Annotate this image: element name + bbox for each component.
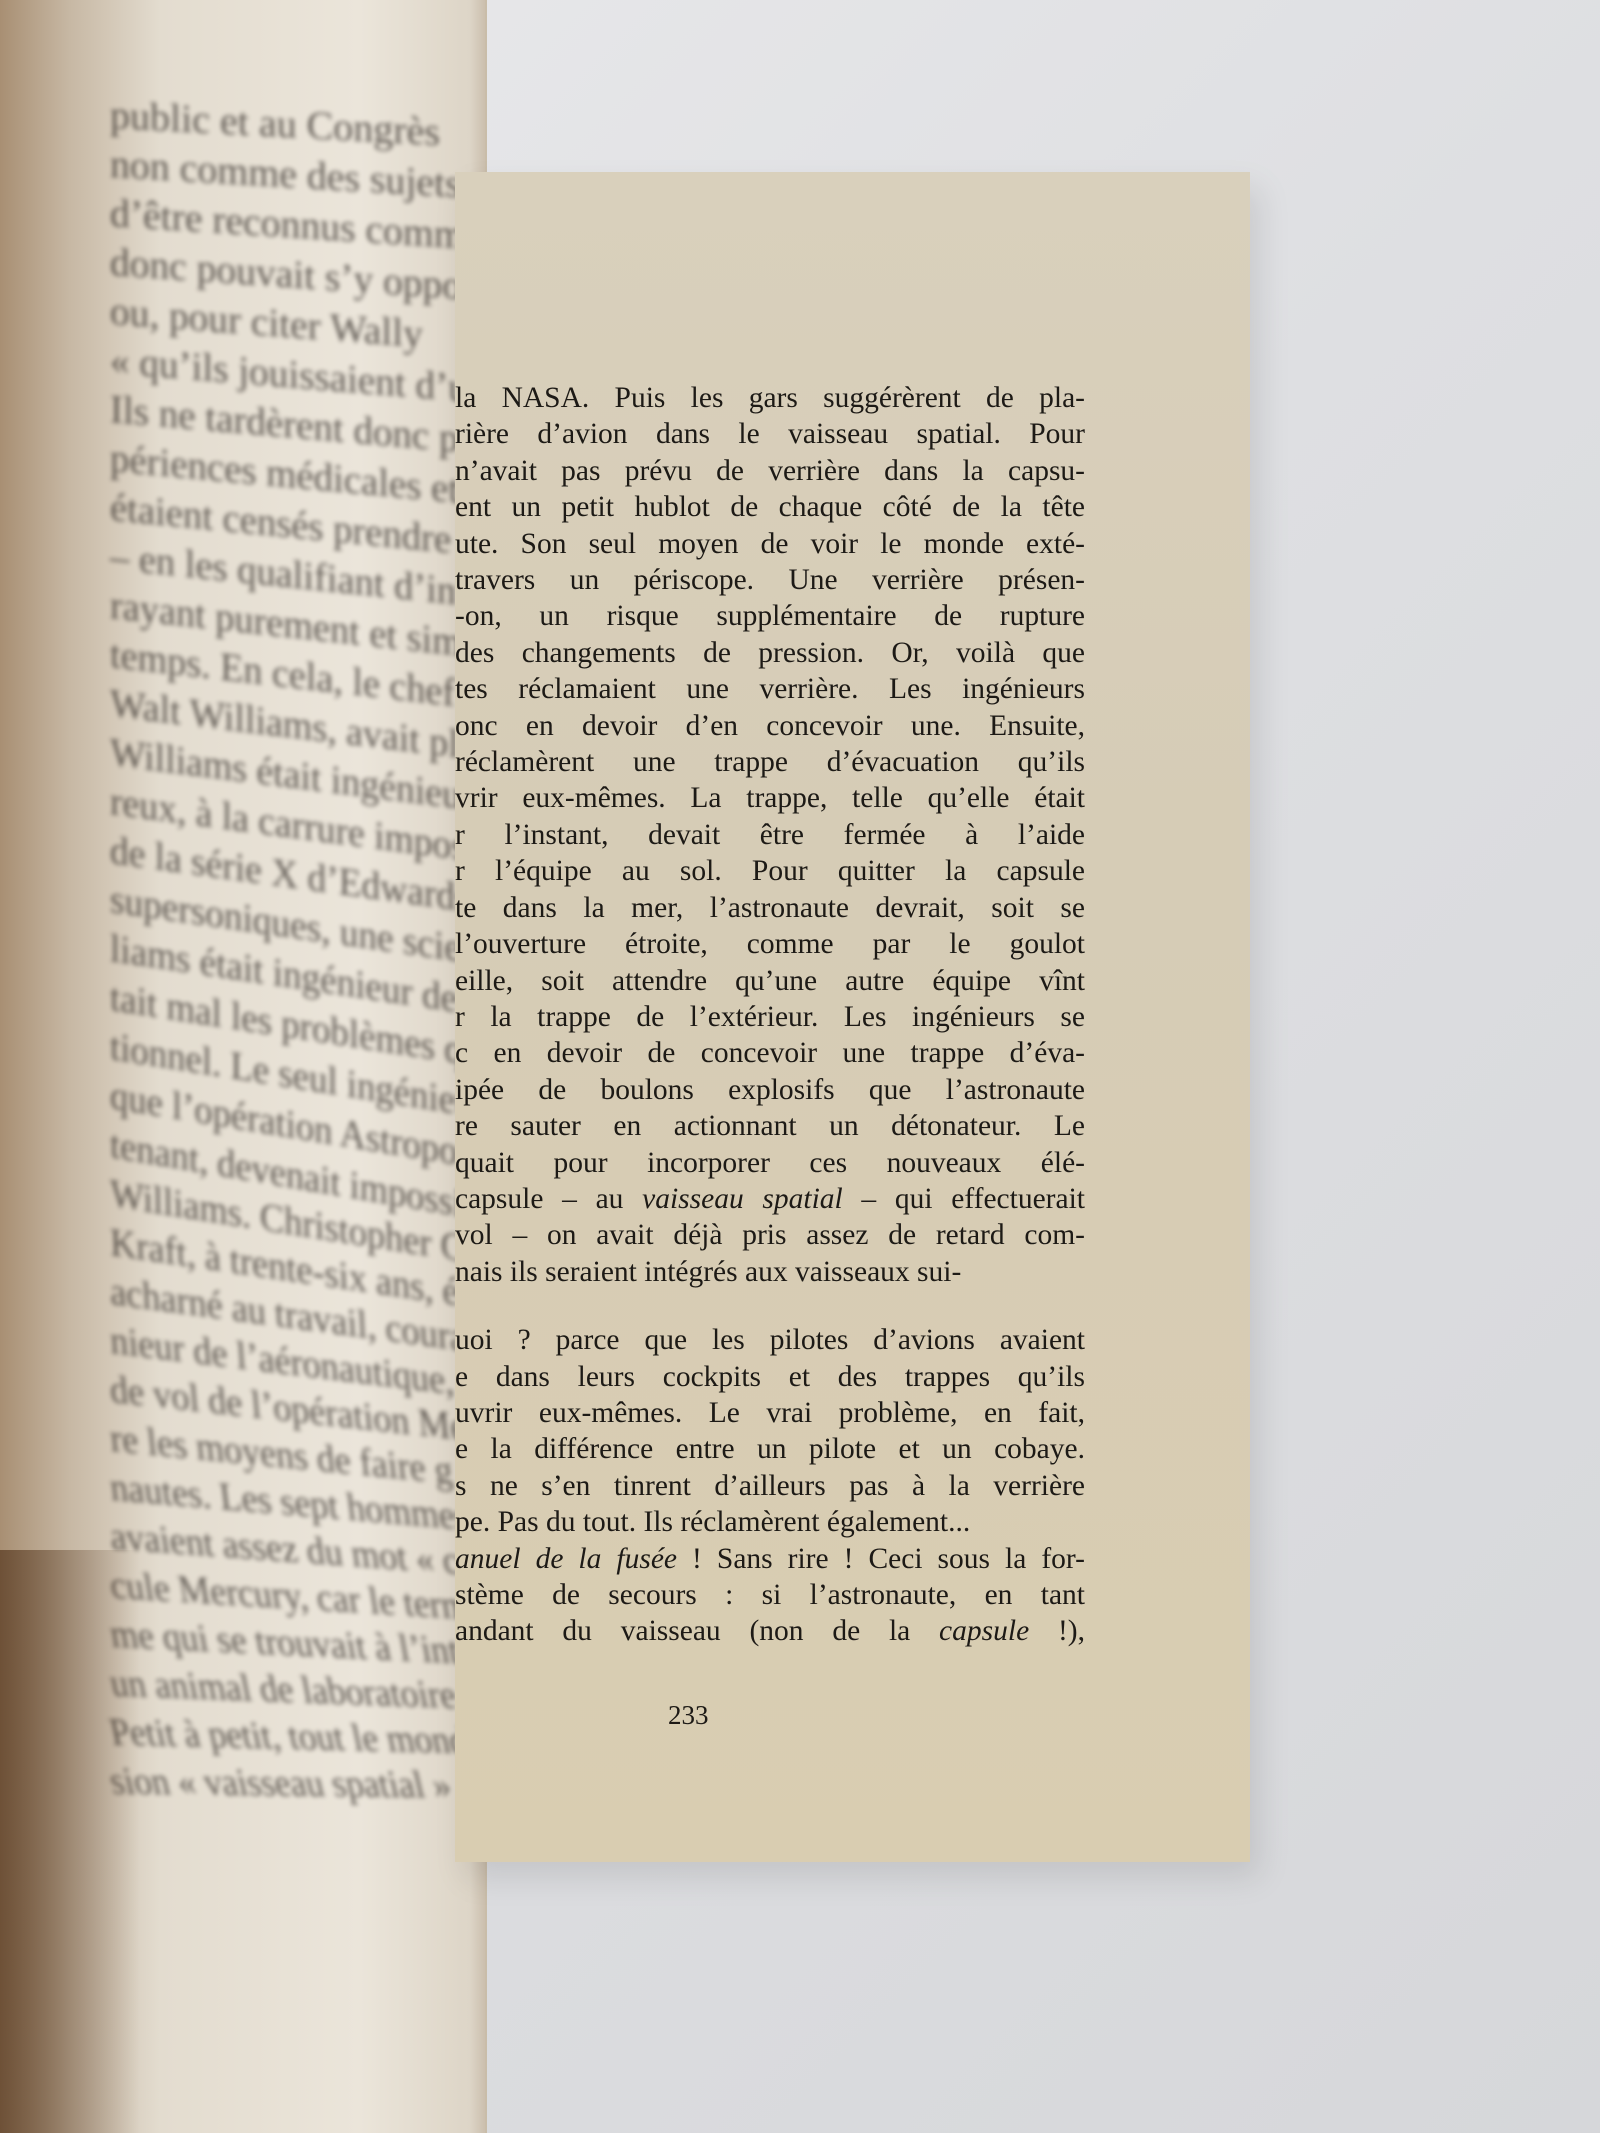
text-line: pe. Pas du tout. Ils réclamèrent égaleme… xyxy=(455,1504,1085,1540)
text-line: rière d’avion dans le vaisseau spatial. … xyxy=(455,416,1085,452)
text-line: réclamèrent une trappe d’évacuation qu’i… xyxy=(455,744,1085,780)
blurred-text-line: sion « vaisseau spatial » xyxy=(104,1757,487,1810)
page-number: 233 xyxy=(668,1700,709,1731)
text-line: ute. Son seul moyen de voir le monde ext… xyxy=(455,526,1085,562)
text-line: re sauter en actionnant un détonateur. L… xyxy=(455,1108,1085,1144)
text-line: capsule – au vaisseau spatial – qui effe… xyxy=(455,1181,1085,1217)
paragraph-2: uoi ? parce que les pilotes d’avions ava… xyxy=(455,1322,1085,1540)
text-line: r l’instant, devait être fermée à l’aide xyxy=(455,817,1085,853)
text-line: onc en devoir d’en concevoir une. Ensuit… xyxy=(455,708,1085,744)
text-line: ipée de boulons explosifs que l’astronau… xyxy=(455,1072,1085,1108)
text-line: -on, un risque supplémentaire de rupture xyxy=(455,598,1085,634)
text-line: vrir eux-mêmes. La trappe, telle qu’elle… xyxy=(455,780,1085,816)
text-line: la NASA. Puis les gars suggérèrent de pl… xyxy=(455,380,1085,416)
text-line: r l’équipe au sol. Pour quitter la capsu… xyxy=(455,853,1085,889)
text-line: travers un périscope. Une verrière prése… xyxy=(455,562,1085,598)
paragraph-1-end: vol – on avait déjà pris assez de retard… xyxy=(455,1217,1085,1290)
text-line: eille, soit attendre qu’une autre équipe… xyxy=(455,963,1085,999)
thumb-shadow xyxy=(0,1550,140,2133)
paragraph-gap xyxy=(455,1290,1085,1322)
text-line: tes réclamaient une verrière. Les ingéni… xyxy=(455,671,1085,707)
text-line: anuel de la fusée ! Sans rire ! Ceci sou… xyxy=(455,1541,1085,1577)
text-line: l’ouverture étroite, comme par le goulot xyxy=(455,926,1085,962)
text-line: nais ils seraient intégrés aux vaisseaux… xyxy=(455,1254,1085,1290)
text-line: e la différence entre un pilote et un co… xyxy=(455,1431,1085,1467)
text-line: ent un petit hublot de chaque côté de la… xyxy=(455,489,1085,525)
text-line: stème de secours : si l’astronaute, en t… xyxy=(455,1577,1085,1613)
text-line: e dans leurs cockpits et des trappes qu’… xyxy=(455,1359,1085,1395)
text-line: andant du vaisseau (non de la capsule !)… xyxy=(455,1613,1085,1649)
text-line: r la trappe de l’extérieur. Les ingénieu… xyxy=(455,999,1085,1035)
italic-text: vaisseau spatial xyxy=(642,1183,843,1215)
text-line: s ne s’en tinrent d’ailleurs pas à la ve… xyxy=(455,1468,1085,1504)
left-page-blurred-text: public et au Congrèsnon comme des sujets… xyxy=(110,90,487,1805)
text-line: te dans la mer, l’astronaute devrait, so… xyxy=(455,890,1085,926)
italic-text: anuel de la fusée xyxy=(455,1543,677,1575)
text-line: uoi ? parce que les pilotes d’avions ava… xyxy=(455,1322,1085,1358)
paragraph-1: la NASA. Puis les gars suggérèrent de pl… xyxy=(455,380,1085,1181)
text-line: des changements de pression. Or, voilà q… xyxy=(455,635,1085,671)
text-line: n’avait pas prévu de verrière dans la ca… xyxy=(455,453,1085,489)
left-page: public et au Congrèsnon comme des sujets… xyxy=(0,0,487,2133)
text-line: vol – on avait déjà pris assez de retard… xyxy=(455,1217,1085,1253)
text-line: c en devoir de concevoir une trappe d’év… xyxy=(455,1035,1085,1071)
italic-text: capsule xyxy=(939,1615,1029,1647)
right-page-body: la NASA. Puis les gars suggérèrent de pl… xyxy=(455,380,1085,1650)
text-line: uvrir eux-mêmes. Le vrai problème, en fa… xyxy=(455,1395,1085,1431)
text-line: quait pour incorporer ces nouveaux élé- xyxy=(455,1145,1085,1181)
